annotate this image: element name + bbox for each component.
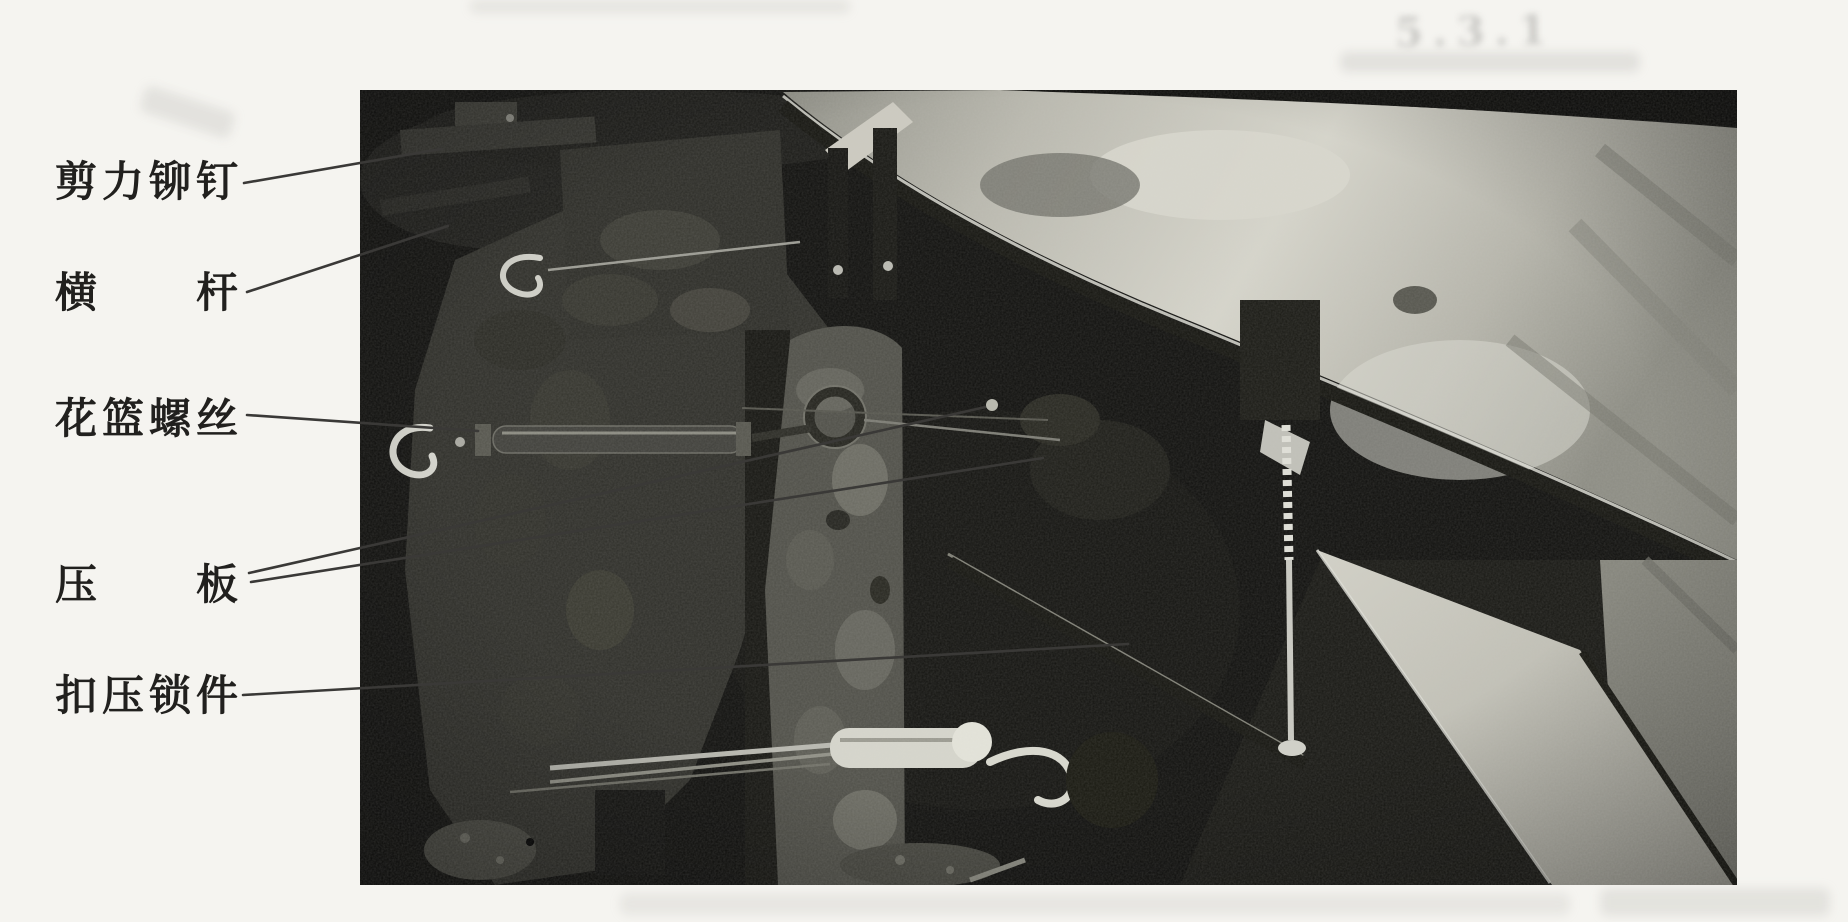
ghost-smudge-left <box>138 84 237 140</box>
ghost-smudge-bottom-band <box>620 893 1570 915</box>
figure-photo <box>360 90 1737 885</box>
figure-label-cross-bar: 横杆 <box>55 271 238 315</box>
figure-label-shear-rivet: 剪力铆钉 <box>55 160 238 204</box>
photo-art <box>360 90 1737 885</box>
figure-label-pressure-plate: 压板 <box>55 563 238 607</box>
ghost-smudge-top-right <box>1340 52 1640 72</box>
ghost-smudge-top-center <box>470 0 850 13</box>
ghost-bleedthrough-text: 5.3.1 <box>1395 7 1557 57</box>
figure-label-crimp-lock: 扣压锁件 <box>55 674 238 718</box>
figure-label-turnbuckle: 花篮螺丝 <box>55 397 238 441</box>
ghost-smudge-bottom-right <box>1600 888 1830 916</box>
scanned-book-page: 5.3.1 <box>0 0 1848 922</box>
photo-vignette-grain <box>360 90 1737 885</box>
